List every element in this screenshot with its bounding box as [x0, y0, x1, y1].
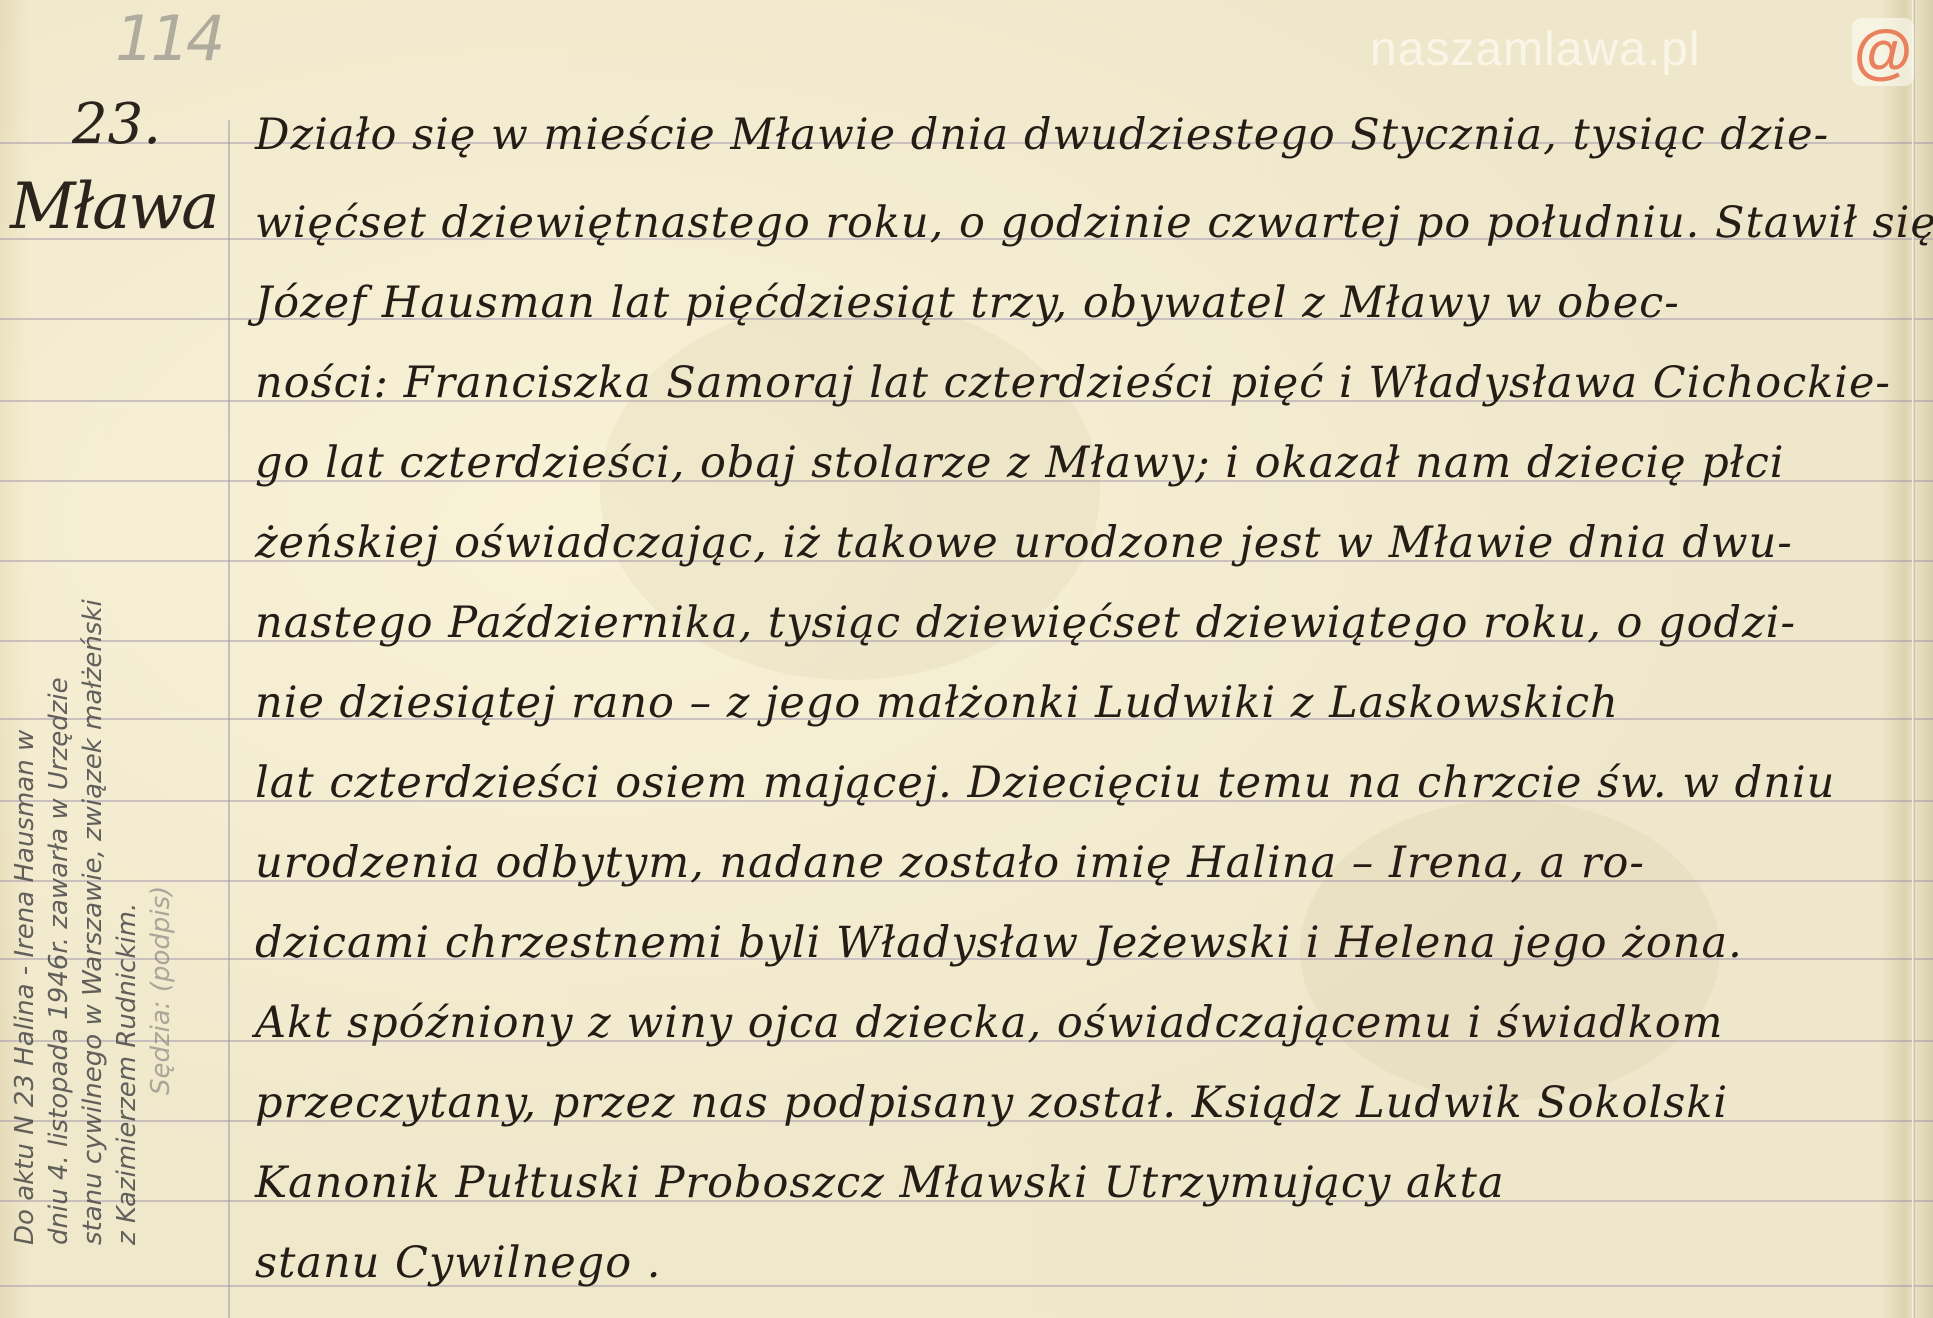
- body-line: żeńskiej oświadczając, iż takowe urodzon…: [255, 518, 1793, 568]
- body-line: lat czterdzieści osiem mającej. Dziecięc…: [255, 758, 1835, 808]
- margin-note-line: dniu 4. listopada 1946r. zawarła w Urzęd…: [42, 235, 76, 1245]
- at-sign-icon: @: [1852, 18, 1914, 86]
- body-line: nastego Października, tysiąc dziewięćset…: [255, 598, 1796, 648]
- body-line: nie dziesiątej rano – z jego małżonki Lu…: [255, 678, 1619, 728]
- margin-note-line: z Kazimierzem Rudnickim.: [110, 235, 144, 1245]
- watermark-text: naszamlawa.pl: [1370, 22, 1700, 77]
- body-line: przeczytany, przez nas podpisany został.…: [255, 1078, 1728, 1128]
- margin-note-line: Do aktu N 23 Halina - Irena Hausman w: [8, 235, 42, 1245]
- margin-annotation: Do aktu N 23 Halina - Irena Hausman w dn…: [8, 235, 178, 1245]
- margin-note-line: stanu cywilnego w Warszawie, związek mał…: [76, 235, 110, 1245]
- record-number: 23.: [72, 92, 161, 157]
- margin-note-signature: Sędzia: (podpis): [144, 235, 178, 1245]
- place-name: Mława: [10, 170, 217, 244]
- body-line: urodzenia odbytym, nadane zostało imię H…: [255, 838, 1645, 888]
- body-line: Kanonik Pułtuski Proboszcz Mławski Utrzy…: [255, 1158, 1505, 1208]
- body-line: ności: Franciszka Samoraj lat czterdzieś…: [255, 358, 1891, 408]
- document-page: 114 23. Mława Do aktu N 23 Halina - Iren…: [0, 0, 1933, 1318]
- body-line: Działo się w mieście Mławie dnia dwudzie…: [255, 110, 1829, 160]
- body-line: stanu Cywilnego .: [255, 1238, 661, 1288]
- body-line: Akt spóźniony z winy ojca dziecka, oświa…: [255, 998, 1723, 1048]
- margin-line: [228, 120, 230, 1318]
- body-line: Józef Hausman lat pięćdziesiąt trzy, oby…: [255, 278, 1680, 328]
- body-line: go lat czterdzieści, obaj stolarze z Mła…: [255, 438, 1785, 488]
- body-line: więćset dziewiętnastego roku, o godzinie…: [255, 198, 1933, 248]
- body-line: dzicami chrzestnemi byli Władysław Jeżew…: [255, 918, 1743, 968]
- pencil-page-number: 114: [115, 2, 221, 75]
